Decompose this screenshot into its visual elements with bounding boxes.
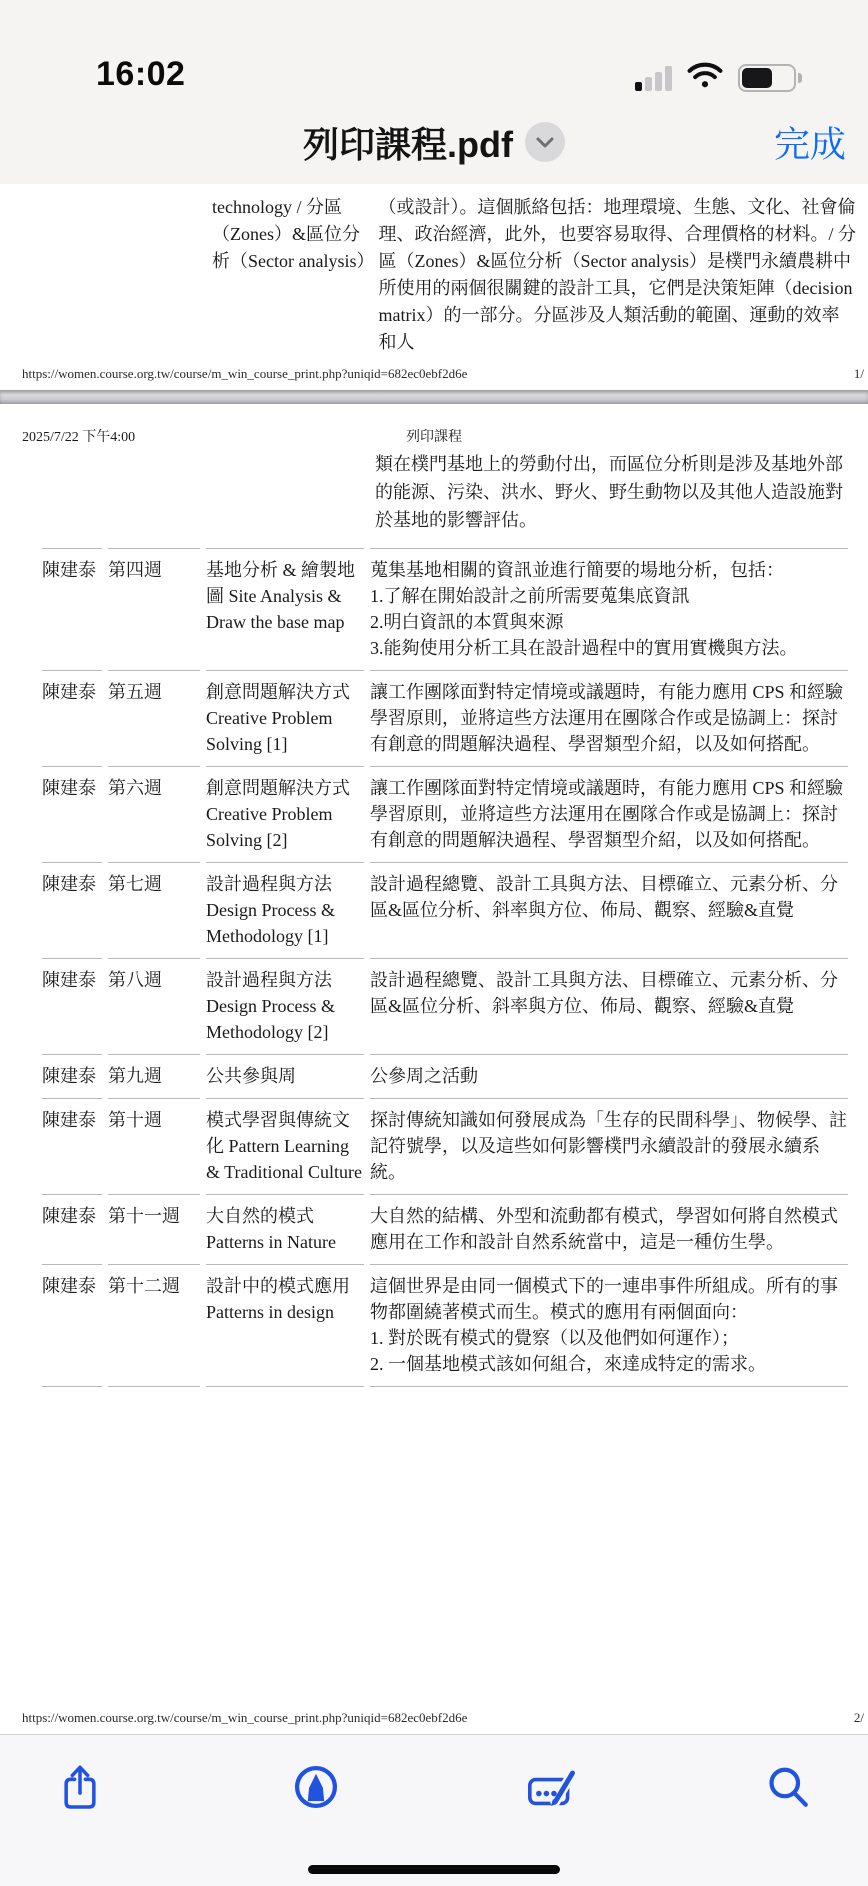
- pdf-page-1: technology / 分區（Zones）&區位分析（Sector analy…: [0, 184, 868, 390]
- cell-week: 第七週: [108, 862, 200, 958]
- cell-instructor: 陳建泰: [42, 670, 102, 766]
- signature-fill-icon: [524, 1764, 580, 1810]
- title-menu-button[interactable]: [525, 122, 565, 162]
- table-row: 陳建泰 第七週 設計過程與方法 Design Process & Methodo…: [42, 862, 848, 958]
- cell-title: 公共參與周: [206, 1054, 364, 1098]
- table-row: 陳建泰 第十二週 設計中的模式應用 Patterns in design 這個世…: [42, 1264, 848, 1387]
- cell-instructor: 陳建泰: [42, 958, 102, 1054]
- cell-description: 讓工作團隊面對特定情境或議題時，有能力應用 CPS 和經驗學習原則，並將這些方法…: [370, 670, 848, 766]
- page2-page-number: 2/: [854, 1710, 864, 1726]
- page1-page-number: 1/: [854, 366, 864, 382]
- cell-title: 設計過程與方法 Design Process & Methodology [2]: [206, 958, 364, 1054]
- cell-description: 這個世界是由同一個模式下的一連串事件所組成。所有的事物都圍繞著模式而生。模式的應…: [370, 1264, 848, 1387]
- table-row: 陳建泰 第十週 模式學習與傳統文化 Pattern Learning & Tra…: [42, 1098, 848, 1194]
- cell-week: 第四週: [108, 548, 200, 670]
- cell-description: 探討傳統知識如何發展成為「生存的民間科學」、物候學、註記符號學，以及這些如何影響…: [370, 1098, 848, 1194]
- cell-week: 第九週: [108, 1054, 200, 1098]
- cell-description: 設計過程總覽、設計工具與方法、目標確立、元素分析、分區&區位分析、斜率與方位、佈…: [370, 862, 848, 958]
- print-date: 2025/7/22 下午4:00: [22, 430, 135, 445]
- cell-week: 第十二週: [108, 1264, 200, 1387]
- cell-description: 公參周之活動: [370, 1054, 848, 1098]
- page1-footer: https://women.course.org.tw/course/m_win…: [0, 366, 868, 382]
- cell-instructor: 陳建泰: [42, 1264, 102, 1387]
- cell-title: 創意問題解決方式 Creative Problem Solving [2]: [206, 766, 364, 862]
- cell-instructor: 陳建泰: [42, 862, 102, 958]
- table-row: 陳建泰 第八週 設計過程與方法 Design Process & Methodo…: [42, 958, 848, 1054]
- pdf-page-2: 2025/7/22 下午4:00 列印課程 類在樸門基地上的勞動付出，而區位分析…: [0, 404, 868, 1734]
- cell-description: 大自然的結構、外型和流動都有模式，學習如何將自然模式應用在工作和設計自然系統當中…: [370, 1194, 848, 1264]
- document-title: 列印課程.pdf: [303, 117, 513, 168]
- page-separator: [0, 390, 868, 404]
- wifi-icon: [686, 61, 724, 94]
- cell-title: 基地分析 & 繪製地圖 Site Analysis & Draw the bas…: [206, 548, 364, 670]
- cell-week: 第五週: [108, 670, 200, 766]
- bottom-toolbar: [0, 1734, 868, 1886]
- table-row: 陳建泰 第四週 基地分析 & 繪製地圖 Site Analysis & Draw…: [42, 548, 848, 670]
- cell-title: 設計中的模式應用 Patterns in design: [206, 1264, 364, 1387]
- cellular-signal-icon: [635, 65, 672, 91]
- status-bar: 16:02: [0, 0, 868, 100]
- page1-footer-url: https://women.course.org.tw/course/m_win…: [22, 366, 467, 382]
- cell-title: 大自然的模式 Patterns in Nature: [206, 1194, 364, 1264]
- cell-description: 讓工作團隊面對特定情境或議題時，有能力應用 CPS 和經驗學習原則，並將這些方法…: [370, 766, 848, 862]
- clock: 16:02: [96, 55, 185, 94]
- cell-instructor: 陳建泰: [42, 1194, 102, 1264]
- cell-week: 第六週: [108, 766, 200, 862]
- cell-instructor: 陳建泰: [42, 548, 102, 670]
- home-indicator[interactable]: [308, 1865, 560, 1874]
- cell-week: 第十一週: [108, 1194, 200, 1264]
- cell-description: 蒐集基地相關的資訊並進行簡要的場地分析，包括： 1.了解在開始設計之前所需要蒐集…: [370, 548, 848, 670]
- page2-continuation-paragraph: 類在樸門基地上的勞動付出，而區位分析則是涉及基地外部的能源、污染、洪水、野火、野…: [375, 450, 858, 534]
- done-button[interactable]: 完成: [774, 117, 846, 168]
- cell-title: 創意問題解決方式 Creative Problem Solving [1]: [206, 670, 364, 766]
- pdf-scroll-area[interactable]: technology / 分區（Zones）&區位分析（Sector analy…: [0, 184, 868, 1734]
- markup-button[interactable]: [288, 1761, 344, 1813]
- cell-instructor: 陳建泰: [42, 1054, 102, 1098]
- cell-week: 第十週: [108, 1098, 200, 1194]
- cell-week: 第八週: [108, 958, 200, 1054]
- page2-footer-url: https://women.course.org.tw/course/m_win…: [22, 1710, 467, 1726]
- print-title: 列印課程: [406, 426, 462, 446]
- table-row: 陳建泰 第六週 創意問題解決方式 Creative Problem Solvin…: [42, 766, 848, 862]
- status-icons: [635, 61, 796, 94]
- page1-row-title: technology / 分區（Zones）&區位分析（Sector analy…: [212, 194, 372, 356]
- page2-header: 2025/7/22 下午4:00 列印課程: [0, 404, 868, 448]
- search-icon: [767, 1765, 809, 1809]
- table-row: 陳建泰 第十一週 大自然的模式 Patterns in Nature 大自然的結…: [42, 1194, 848, 1264]
- signature-button[interactable]: [524, 1761, 580, 1813]
- cell-description: 設計過程總覽、設計工具與方法、目標確立、元素分析、分區&區位分析、斜率與方位、佈…: [370, 958, 848, 1054]
- markup-pen-icon: [293, 1764, 339, 1810]
- cell-title: 模式學習與傳統文化 Pattern Learning & Traditional…: [206, 1098, 364, 1194]
- title-bar: 列印課程.pdf 完成: [0, 100, 868, 184]
- cell-instructor: 陳建泰: [42, 1098, 102, 1194]
- page2-footer: https://women.course.org.tw/course/m_win…: [0, 1710, 868, 1734]
- cell-title: 設計過程與方法 Design Process & Methodology [1]: [206, 862, 364, 958]
- chevron-down-icon: [536, 137, 554, 148]
- cell-instructor: 陳建泰: [42, 766, 102, 862]
- table-row: 陳建泰 第九週 公共參與周 公參周之活動: [42, 1054, 848, 1098]
- share-icon: [60, 1762, 100, 1812]
- search-button[interactable]: [760, 1761, 816, 1813]
- table-row: 陳建泰 第五週 創意問題解決方式 Creative Problem Solvin…: [42, 670, 848, 766]
- battery-icon: [738, 64, 796, 92]
- course-table: 陳建泰 第四週 基地分析 & 繪製地圖 Site Analysis & Draw…: [36, 548, 854, 1387]
- page1-row-description: （或設計）。這個脈絡包括：地理環境、生態、文化、社會倫理、政治經濟，此外，也要容…: [378, 194, 856, 356]
- share-button[interactable]: [52, 1761, 108, 1813]
